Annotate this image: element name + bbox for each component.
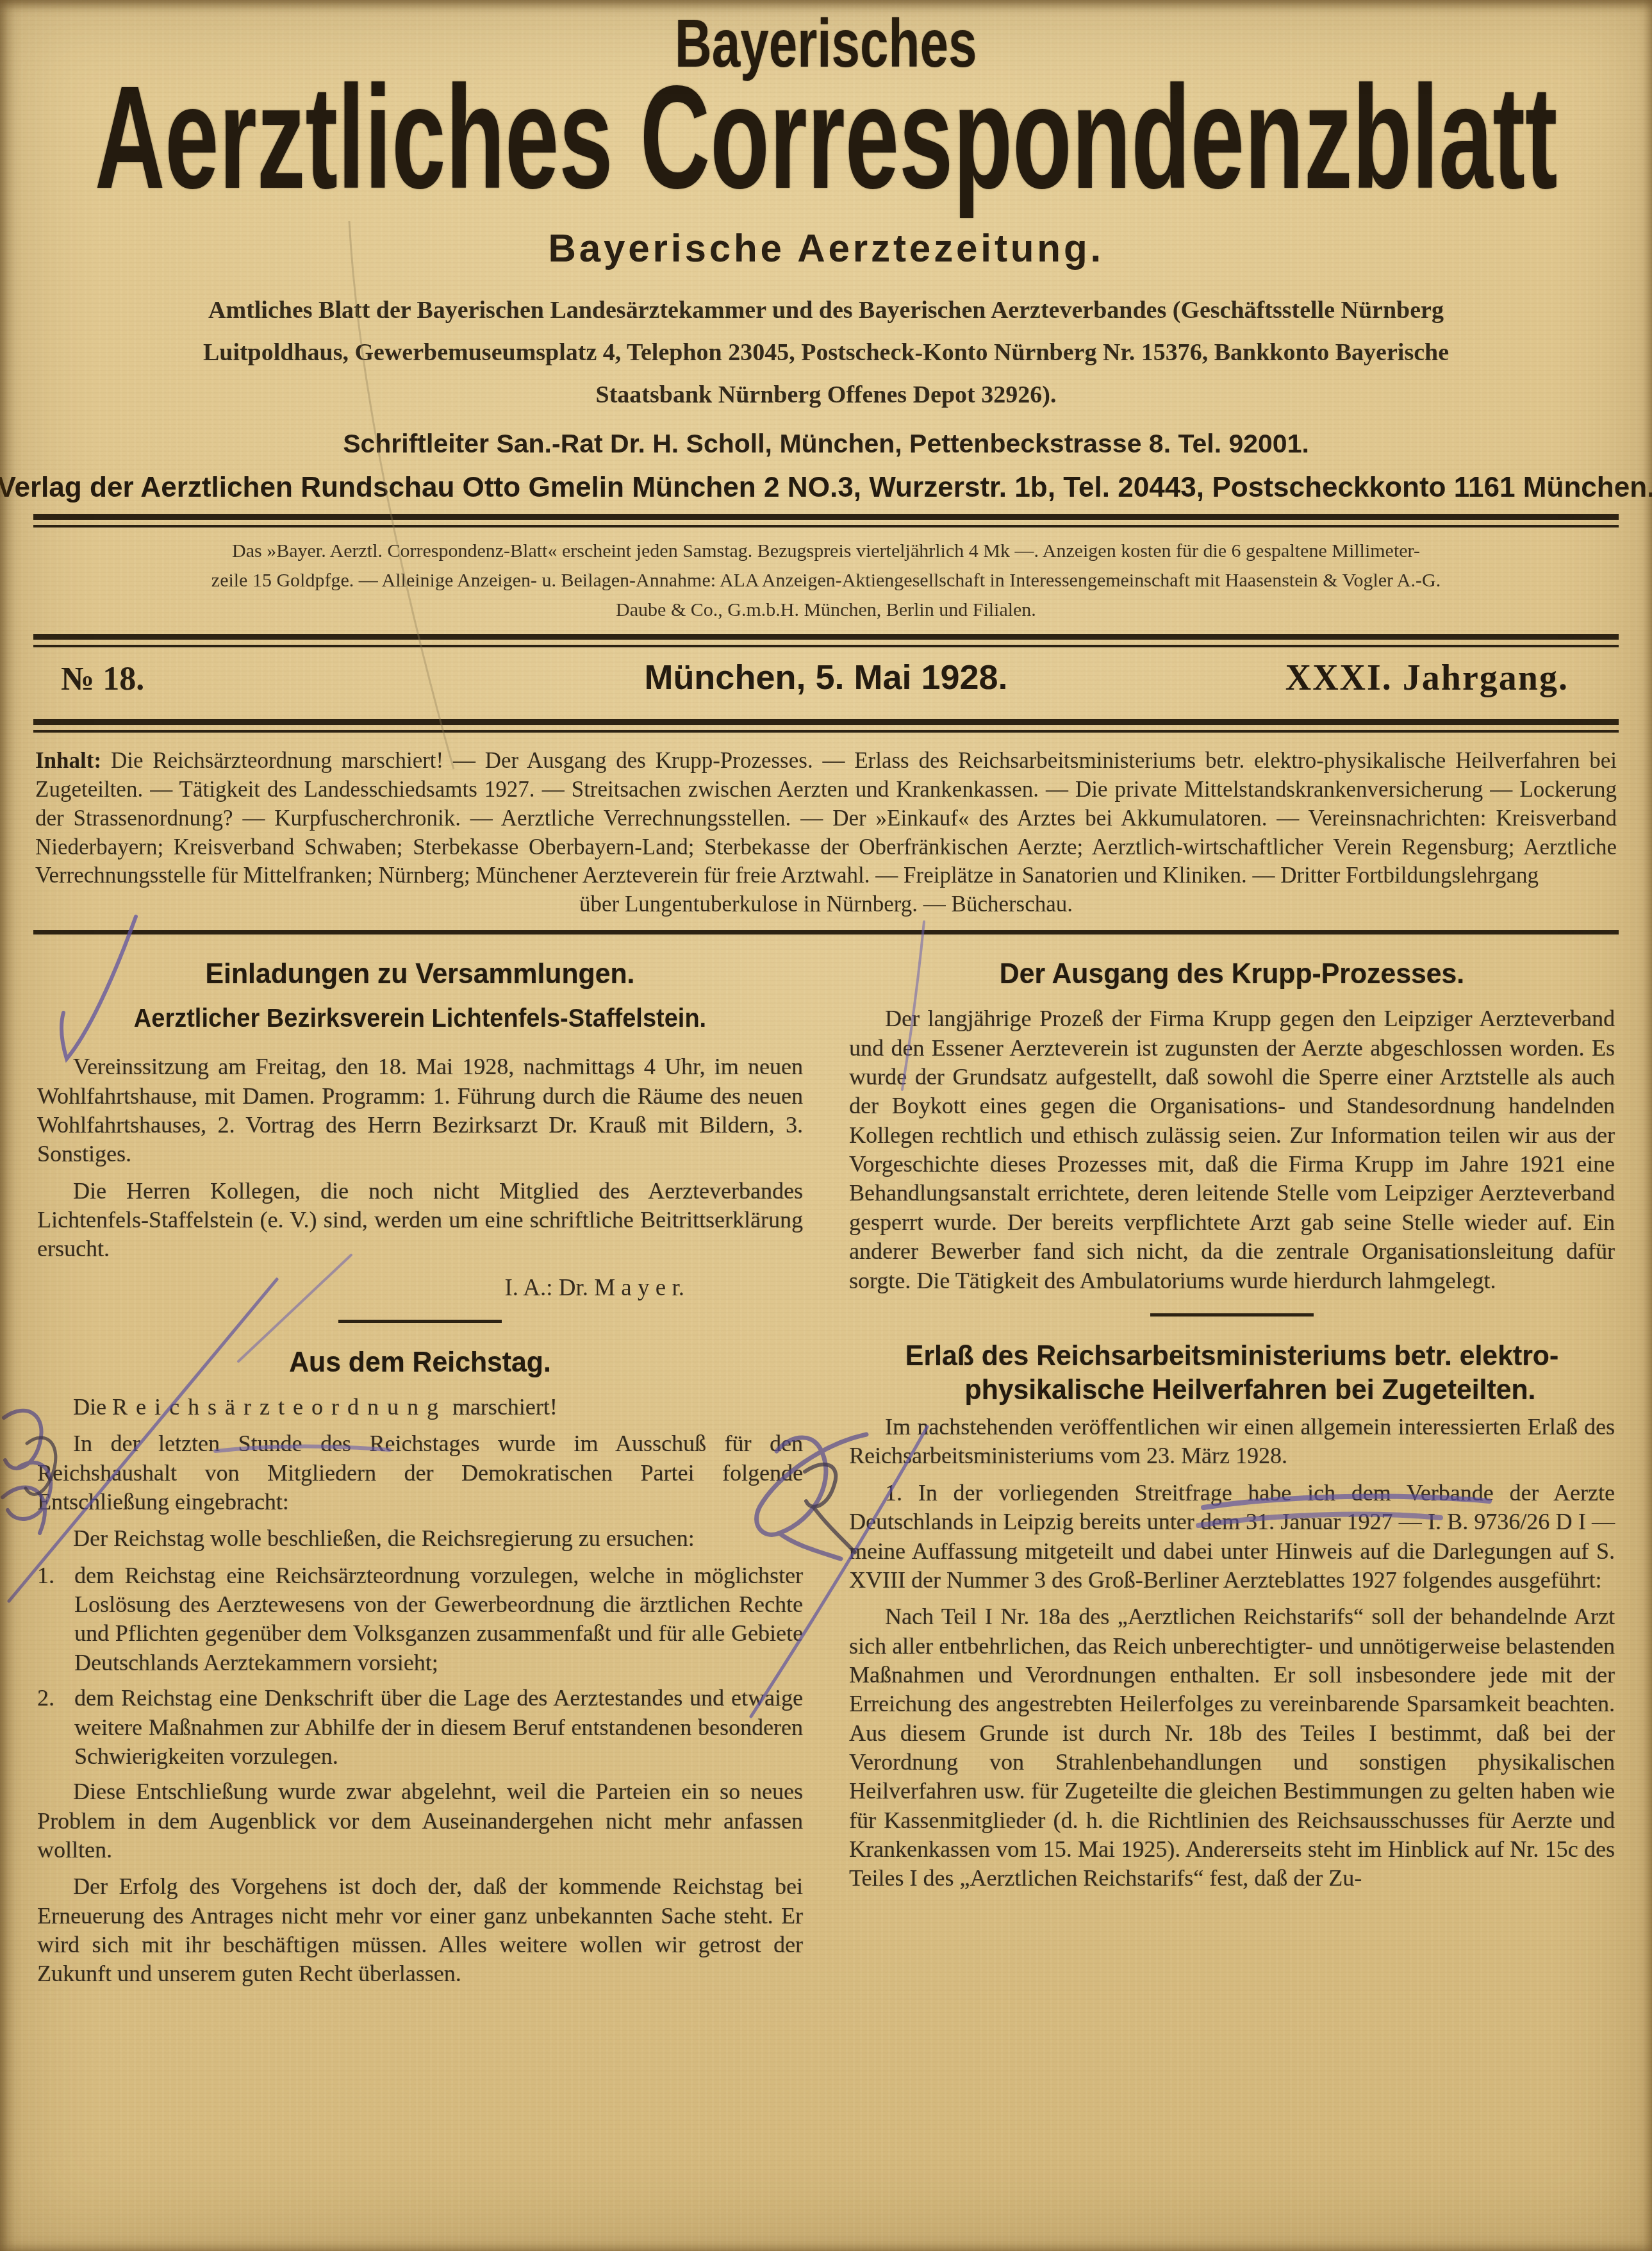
paragraph: Im nachstehenden veröffentlichen wir ein… [849, 1413, 1615, 1471]
lead-prefix: Die [73, 1394, 106, 1420]
contents-body: Die Reichsärzteordnung marschiert! — Der… [35, 748, 1617, 888]
contents-summary: Inhalt: Die Reichsärzteordnung marschier… [35, 747, 1617, 890]
list-number: 2. [37, 1684, 74, 1771]
official-line-3: Staatsbank Nürnberg Offenes Depot 32926)… [0, 374, 1652, 416]
lead-suffix: marschiert! [452, 1394, 558, 1420]
paragraph: Nach Teil I Nr. 18a des „Aerztlichen Rei… [849, 1602, 1615, 1893]
double-rule-mid-upper [33, 634, 1619, 647]
lead-line: Die Reichsärzteordnung marschiert! [37, 1393, 803, 1422]
publisher-line: Verlag der Aerztlichen Rundschau Otto Gm… [0, 470, 1652, 504]
contents-label: Inhalt: [35, 748, 101, 773]
heading-line-2: physikalische Heilverfahren bei Zugeteil… [868, 1372, 1596, 1406]
paragraph: Vereinssitzung am Freitag, den 18. Mai 1… [37, 1052, 803, 1168]
resolution-item-2: 2. dem Reichstag eine Denkschrift über d… [37, 1684, 803, 1771]
paragraph: Der Erfolg des Vorgehens ist doch der, d… [37, 1872, 803, 1988]
single-rule-contents-bottom [33, 930, 1619, 934]
left-column: Einladungen zu Versammlungen. Aerztliche… [37, 956, 803, 1997]
scanned-newspaper-page: { "masthead": { "super_title": "Bayerisc… [0, 0, 1652, 2251]
list-text: dem Reichstag eine Denkschrift über die … [74, 1684, 803, 1771]
section-subheading-bezirksverein: Aerztlicher Bezirksverein Lichtenfels-St… [56, 1004, 784, 1033]
imprint-block: Das »Bayer. Aerztl. Correspondenz-Blatt«… [35, 536, 1617, 625]
resolution-item-1: 1. dem Reichstag eine Reichsärzteordnung… [37, 1561, 803, 1677]
double-rule-top [33, 514, 1619, 527]
editor-line: Schriftleiter San.-Rat Dr. H. Scholl, Mü… [343, 429, 1309, 459]
section-divider-rule [1150, 1313, 1314, 1317]
lead-spaced-word: Reichsärzteordnung [112, 1394, 447, 1420]
list-text: dem Reichstag eine Reichsärzteordnung vo… [74, 1561, 803, 1677]
section-divider-rule [338, 1320, 502, 1323]
double-rule-mid-lower [33, 719, 1619, 733]
paragraph: Diese Entschließung wurde zwar abgelehnt… [37, 1777, 803, 1865]
paragraph: Der langjährige Prozeß der Firma Krupp g… [849, 1004, 1615, 1295]
heading-line-1: Erlaß des Reichsarbeitsministeriums betr… [868, 1338, 1596, 1372]
section-heading-krupp-prozess: Der Ausgang des Krupp-Prozesses. [868, 956, 1596, 990]
imprint-line-1: Das »Bayer. Aerztl. Correspondenz-Blatt«… [35, 536, 1617, 566]
issue-bar: № 18. München, 5. Mai 1928. XXXI. Jahrga… [0, 651, 1652, 715]
section-heading-reichstag: Aus dem Reichstag. [56, 1345, 784, 1379]
newspaper-page: Bayerisches Aerztliches Correspondenzbla… [0, 0, 1652, 2251]
official-line-2: Luitpoldhaus, Gewerbemuseumsplatz 4, Tel… [0, 331, 1652, 374]
issue-volume: XXXI. Jahrgang. [1285, 658, 1569, 699]
signature-dr-mayer: I. A.: Dr. M a y e r. [37, 1274, 803, 1302]
list-number: 1. [37, 1561, 74, 1677]
imprint-line-3: Daube & Co., G.m.b.H. München, Berlin un… [35, 595, 1617, 625]
contents-last-line: über Lungentuberkulose in Nürnberg. — Bü… [0, 892, 1652, 917]
masthead-title: Aerztliches Correspondenzblatt [95, 62, 1558, 212]
imprint-line-2: zeile 15 Goldpfge. — Alleinige Anzeigen-… [35, 566, 1617, 595]
paragraph: In der letzten Stunde des Reichstages wu… [37, 1429, 803, 1516]
official-statement: Amtliches Blatt der Bayerischen Landesär… [0, 289, 1652, 416]
paragraph: 1. In der vorliegenden Streitfrage habe … [849, 1479, 1615, 1595]
section-heading-erlass: Erlaß des Reichsarbeitsministeriums betr… [868, 1338, 1596, 1406]
masthead-subtitle: Bayerische Aerztezeitung. [548, 226, 1104, 271]
paragraph: Die Herren Kollegen, die noch nicht Mitg… [37, 1177, 803, 1264]
official-line-1: Amtliches Blatt der Bayerischen Landesär… [0, 289, 1652, 331]
article-columns: Einladungen zu Versammlungen. Aerztliche… [0, 956, 1652, 1997]
section-heading-einladungen: Einladungen zu Versammlungen. [56, 956, 784, 990]
paragraph: Der Reichstag wolle beschließen, die Rei… [37, 1524, 803, 1553]
right-column: Der Ausgang des Krupp-Prozesses. Der lan… [849, 956, 1615, 1997]
